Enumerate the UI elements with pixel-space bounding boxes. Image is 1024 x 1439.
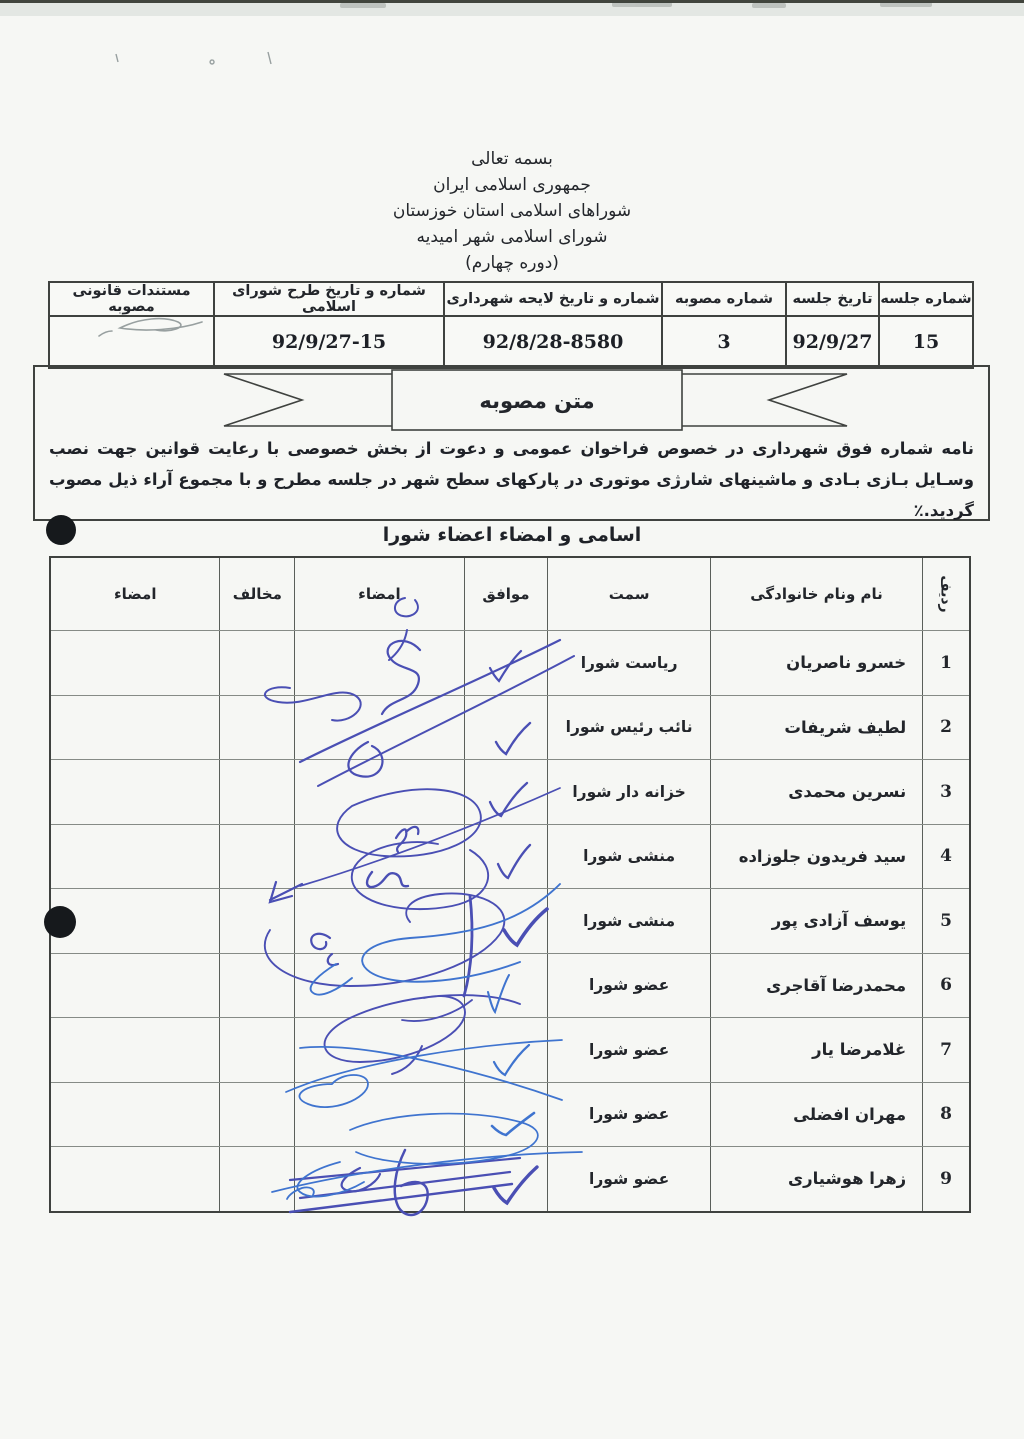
agree-check-cell <box>464 696 548 760</box>
member-position: عضو شورا <box>547 1147 709 1211</box>
letterhead-line: (دوره چهارم) <box>0 250 1024 276</box>
agree-check-cell <box>464 1018 548 1082</box>
agree-check-cell <box>464 631 548 695</box>
header-opposed: مخالف <box>219 558 294 630</box>
member-position: ریاست شورا <box>547 631 709 695</box>
member-position: منشی شورا <box>547 825 709 889</box>
member-row: 1 خسرو ناصریان ریاست شورا <box>51 630 969 695</box>
member-name: یوسف آزادی پور <box>710 889 922 953</box>
opposed-cell <box>219 954 294 1018</box>
header-signature: امضاء <box>294 558 463 630</box>
agree-check-cell <box>464 1147 548 1211</box>
member-position: عضو شورا <box>547 1083 709 1147</box>
resolution-section: متن مصوبه نامه شماره فوق شهرداری در خصوص… <box>33 365 990 521</box>
agree-check-cell <box>464 1083 548 1147</box>
banner-right-ribbon <box>682 374 847 426</box>
signature-cell <box>294 1018 463 1082</box>
legal-documents-signature-cell <box>50 317 213 367</box>
signature-left-cell <box>51 1083 219 1147</box>
scan-edge-strip <box>0 0 1024 16</box>
header-fullname: نام ونام خانوادگی <box>710 558 922 630</box>
member-name: سید فریدون جلوزاده <box>710 825 922 889</box>
opposed-cell <box>219 1147 294 1211</box>
col-session-number: شماره جلسه <box>878 283 972 315</box>
signature-cell <box>294 1083 463 1147</box>
member-number: 4 <box>922 825 969 889</box>
header-row-number: ردیف <box>922 558 969 630</box>
member-number: 2 <box>922 696 969 760</box>
member-position: عضو شورا <box>547 1018 709 1082</box>
signature-cell <box>294 696 463 760</box>
opposed-cell <box>219 1018 294 1082</box>
member-name: غلامرضا یار <box>710 1018 922 1082</box>
member-row: 3 نسرین محمدی خزانه دار شورا <box>51 759 969 824</box>
member-row: 4 سید فریدون جلوزاده منشی شورا <box>51 824 969 889</box>
signature-left-cell <box>51 1147 219 1211</box>
agree-check-cell <box>464 825 548 889</box>
member-number: 5 <box>922 889 969 953</box>
signature-left-cell <box>51 954 219 1018</box>
letterhead-line: شوراهای اسلامی استان خوزستان <box>0 198 1024 224</box>
signature-cell <box>294 760 463 824</box>
members-header-row: ردیف نام ونام خانوادگی سمت موافق امضاء م… <box>51 558 969 630</box>
signature-cell <box>294 1147 463 1211</box>
header-position: سمت <box>547 558 709 630</box>
members-section-title: اسامی و امضاء اعضاء شورا <box>0 524 1024 546</box>
letterhead-line: جمهوری اسلامی ایران <box>0 172 1024 198</box>
summary-value-row: 15 92/9/27 3 92/8/28-8580 92/9/27-15 <box>50 317 972 367</box>
member-position: نائب رئیس شورا <box>547 696 709 760</box>
opposed-cell <box>219 889 294 953</box>
member-name: محمدرضا آقاجری <box>710 954 922 1018</box>
member-row: 2 لطیف شریفات نائب رئیس شورا <box>51 695 969 760</box>
session-date-value: 92/9/27 <box>793 331 873 353</box>
member-name: زهرا هوشیاری <box>710 1147 922 1211</box>
member-number: 6 <box>922 954 969 1018</box>
col-municipality-bill: شماره و تاریخ لایحه شهرداری <box>443 283 661 315</box>
member-number: 9 <box>922 1147 969 1211</box>
signature-cell <box>294 954 463 1018</box>
opposed-cell <box>219 760 294 824</box>
signature-left-cell <box>51 760 219 824</box>
member-number: 8 <box>922 1083 969 1147</box>
member-name: مهران افضلی <box>710 1083 922 1147</box>
signature-cell <box>294 631 463 695</box>
member-position: عضو شورا <box>547 954 709 1018</box>
signature-left-cell <box>51 825 219 889</box>
session-summary-table: شماره جلسه تاریخ جلسه شماره مصوبه شماره … <box>48 281 974 369</box>
council-plan-value: 92/9/27-15 <box>272 331 386 353</box>
signature-cell <box>294 825 463 889</box>
opposed-cell <box>219 631 294 695</box>
signature-left-cell <box>51 1018 219 1082</box>
header-agree: موافق <box>464 558 548 630</box>
signature-left-cell <box>51 696 219 760</box>
agree-check-cell <box>464 760 548 824</box>
member-position: خزانه دار شورا <box>547 760 709 824</box>
document-letterhead: بسمه تعالی جمهوری اسلامی ایران شوراهای ا… <box>0 146 1024 276</box>
member-row: 5 یوسف آزادی پور منشی شورا <box>51 888 969 953</box>
col-session-date: تاریخ جلسه <box>785 283 878 315</box>
member-number: 1 <box>922 631 969 695</box>
opposed-cell <box>219 825 294 889</box>
session-number-value: 15 <box>913 331 939 353</box>
summary-header-row: شماره جلسه تاریخ جلسه شماره مصوبه شماره … <box>50 283 972 317</box>
member-name: خسرو ناصریان <box>710 631 922 695</box>
agree-check-cell <box>464 889 548 953</box>
col-legal-documents: مستندات قانونی مصوبه <box>50 283 213 315</box>
member-position: منشی شورا <box>547 889 709 953</box>
signature-left-cell <box>51 889 219 953</box>
resolution-banner-title: متن مصوبه <box>392 372 682 430</box>
letterhead-line: بسمه تعالی <box>0 146 1024 172</box>
member-name: لطیف شریفات <box>710 696 922 760</box>
member-name: نسرین محمدی <box>710 760 922 824</box>
resolution-number-value: 3 <box>717 331 730 353</box>
members-signature-table: ردیف نام ونام خانوادگی سمت موافق امضاء م… <box>49 556 971 1213</box>
member-row: 6 محمدرضا آقاجری عضو شورا <box>51 953 969 1018</box>
letterhead-line: شورای اسلامی شهر امیدیه <box>0 224 1024 250</box>
opposed-cell <box>219 696 294 760</box>
col-council-plan: شماره و تاریخ طرح شورای اسلامی <box>213 283 443 315</box>
header-signature-left: امضاء <box>51 558 219 630</box>
member-row: 8 مهران افضلی عضو شورا <box>51 1082 969 1147</box>
member-row: 9 زهرا هوشیاری عضو شورا <box>51 1146 969 1211</box>
paper-specks <box>116 52 271 64</box>
opposed-cell <box>219 1083 294 1147</box>
signature-cell <box>294 889 463 953</box>
member-row: 7 غلامرضا یار عضو شورا <box>51 1017 969 1082</box>
agree-check-cell <box>464 954 548 1018</box>
signature-left-cell <box>51 631 219 695</box>
member-number: 3 <box>922 760 969 824</box>
banner-left-ribbon <box>224 374 392 426</box>
member-number: 7 <box>922 1018 969 1082</box>
municipality-bill-value: 92/8/28-8580 <box>483 331 624 353</box>
col-resolution-number: شماره مصوبه <box>661 283 785 315</box>
resolution-body-text: نامه شماره فوق شهرداری در خصوص فراخوان ع… <box>49 433 974 526</box>
scanned-document-page: بسمه تعالی جمهوری اسلامی ایران شوراهای ا… <box>0 0 1024 1439</box>
